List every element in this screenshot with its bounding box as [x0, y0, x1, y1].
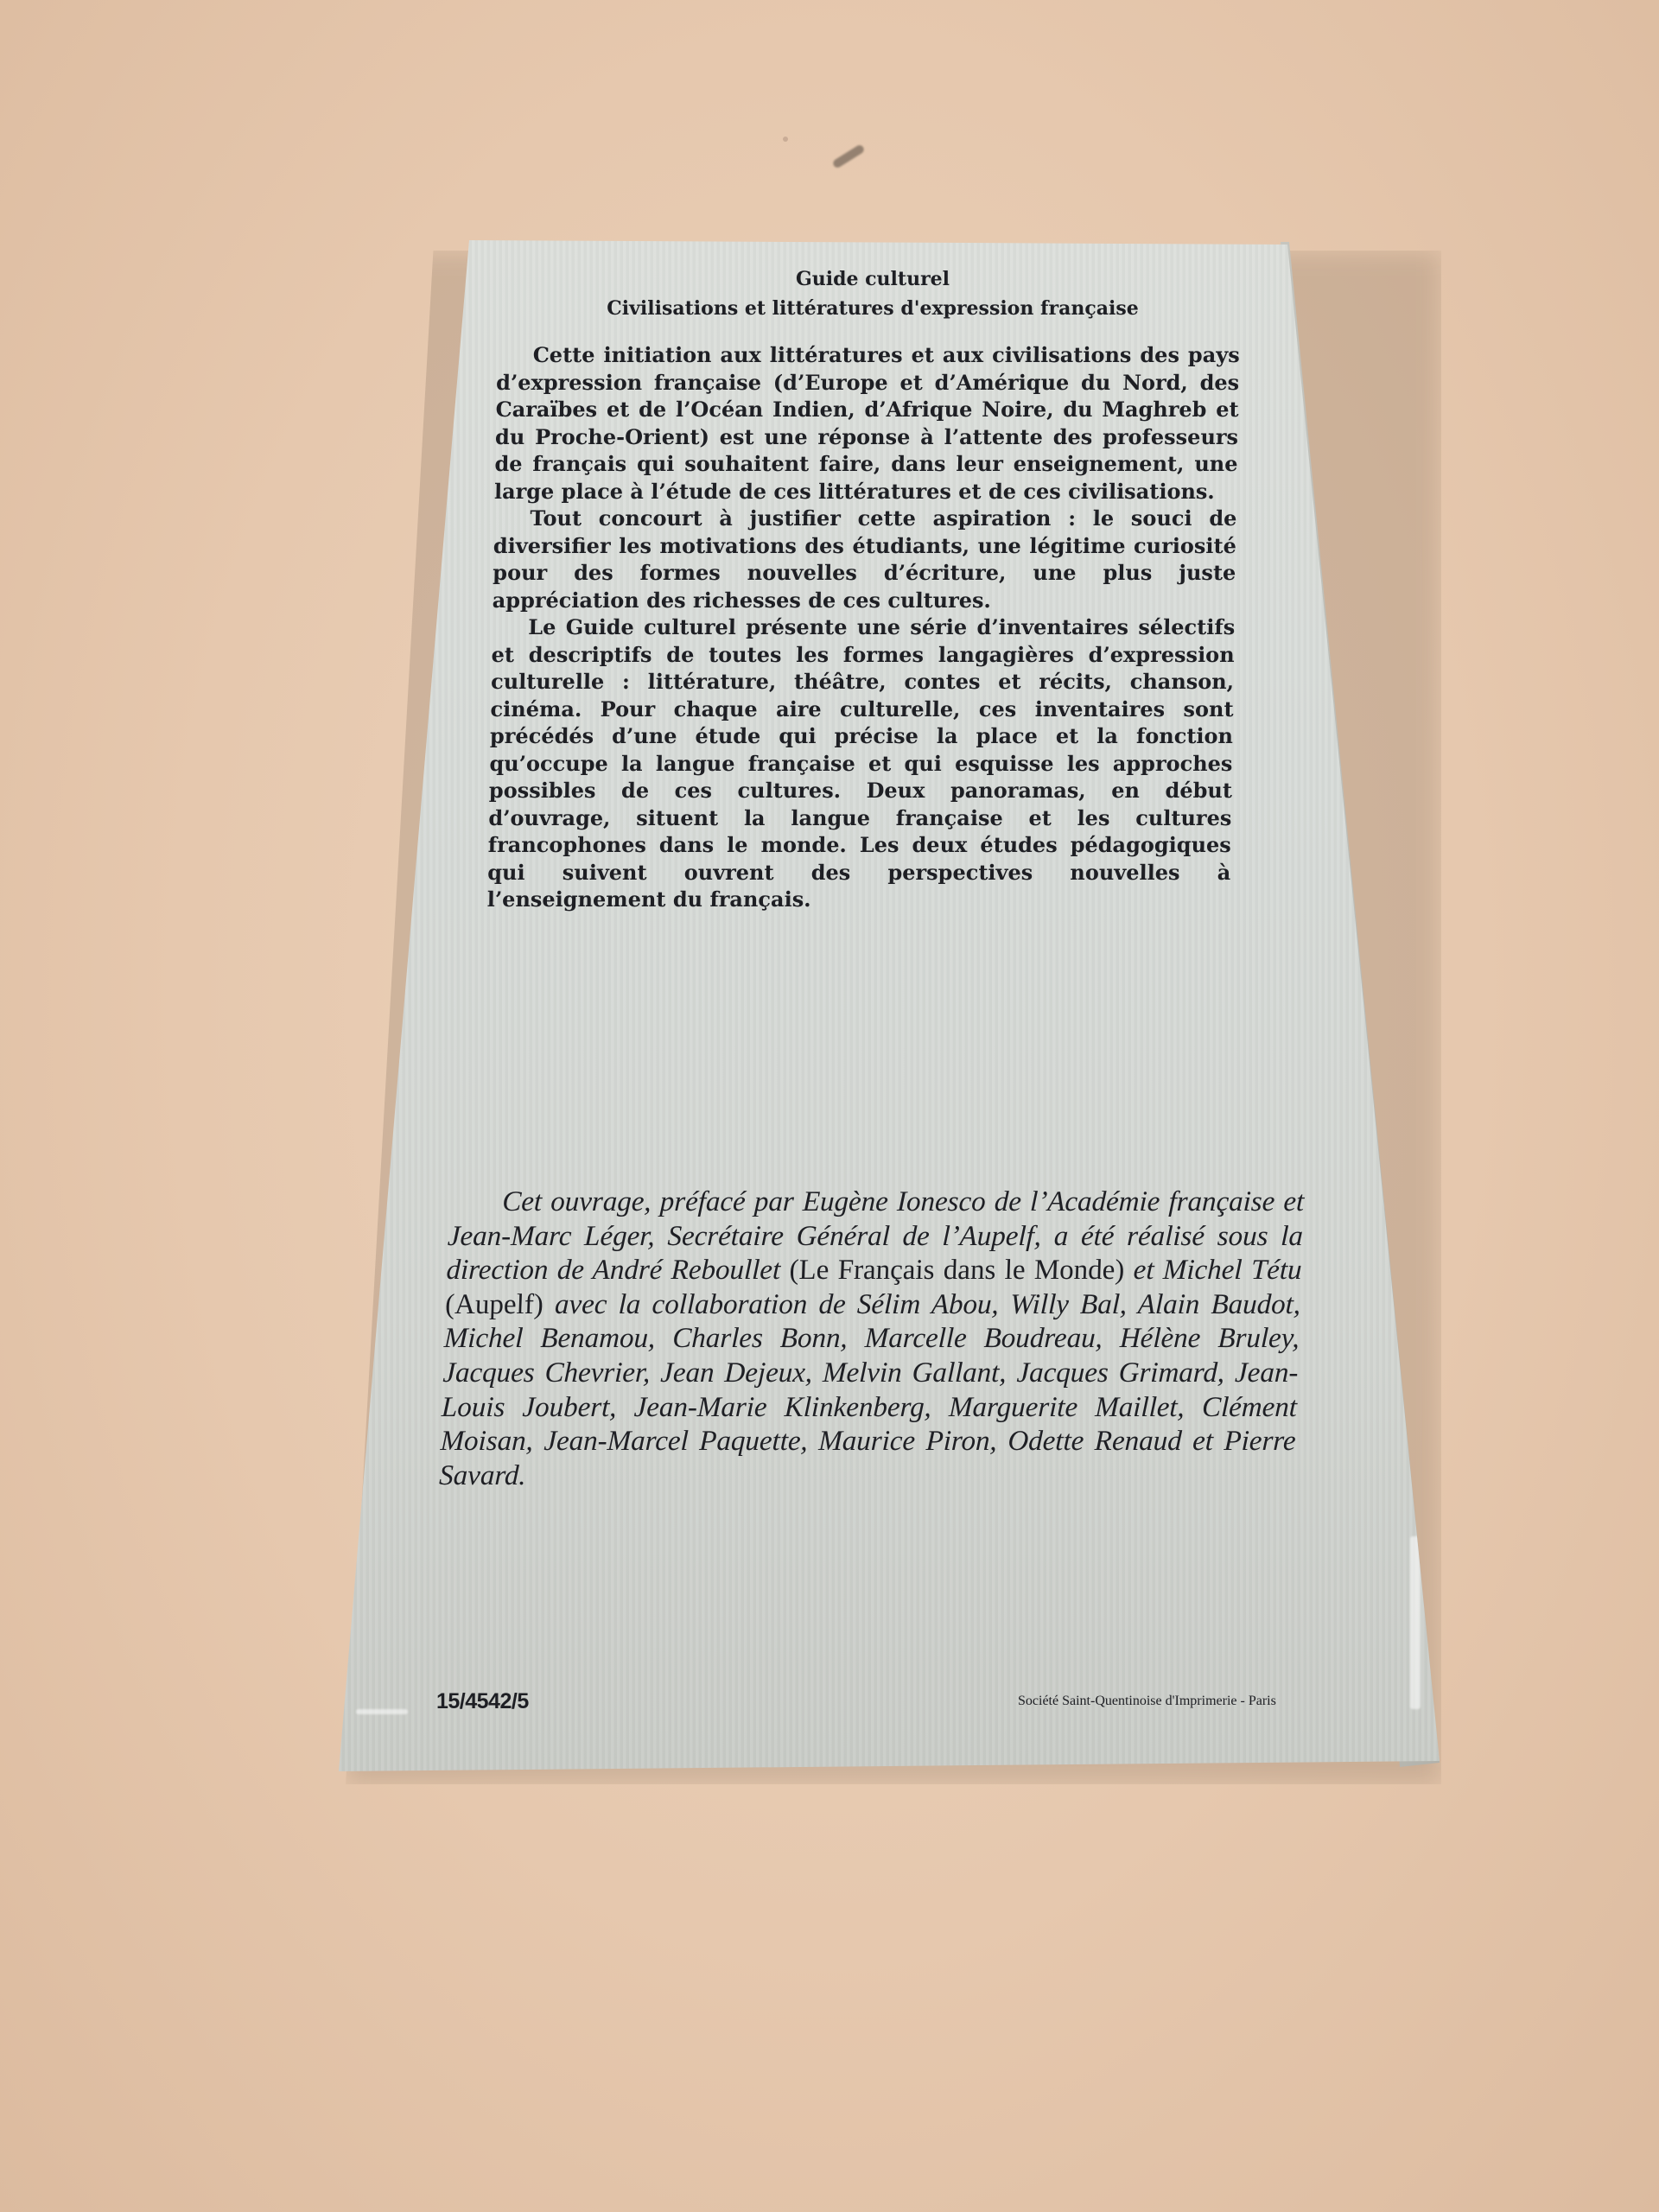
table-surface-mark [783, 137, 788, 142]
cover-description: Cette initiation aux littératures et aux… [486, 341, 1240, 913]
description-paragraph: Cette initiation aux littératures et aux… [494, 341, 1240, 505]
cover-credits: Cet ouvrage, préfacé par Eugène Ionesco … [439, 1185, 1305, 1493]
credits-segment: (Aupelf) [445, 1289, 556, 1320]
description-paragraph: Tout concourt à justifier cette aspirati… [493, 505, 1237, 613]
book-series-title: Guide culturel [484, 264, 1262, 294]
credits-segment: (Le Français dans le Monde) [789, 1255, 1134, 1286]
catalog-number: 15/4542/5 [436, 1689, 529, 1714]
credits-segment: avec la collaboration de Sélim Abou, Wil… [439, 1289, 1301, 1491]
credits-paragraph: Cet ouvrage, préfacé par Eugène Ionesco … [439, 1185, 1305, 1493]
printer-imprint: Société Saint-Quentinoise d'Imprimerie -… [1018, 1694, 1276, 1709]
credits-segment: et Michel Tétu [1133, 1255, 1302, 1286]
book-subtitle: Civilisations et littératures d'expressi… [484, 294, 1262, 323]
table-surface-debris [831, 143, 865, 169]
cover-header: Guide culturel Civilisations et littérat… [484, 264, 1262, 323]
description-paragraph: Le Guide culturel présente une série d’i… [486, 613, 1235, 913]
